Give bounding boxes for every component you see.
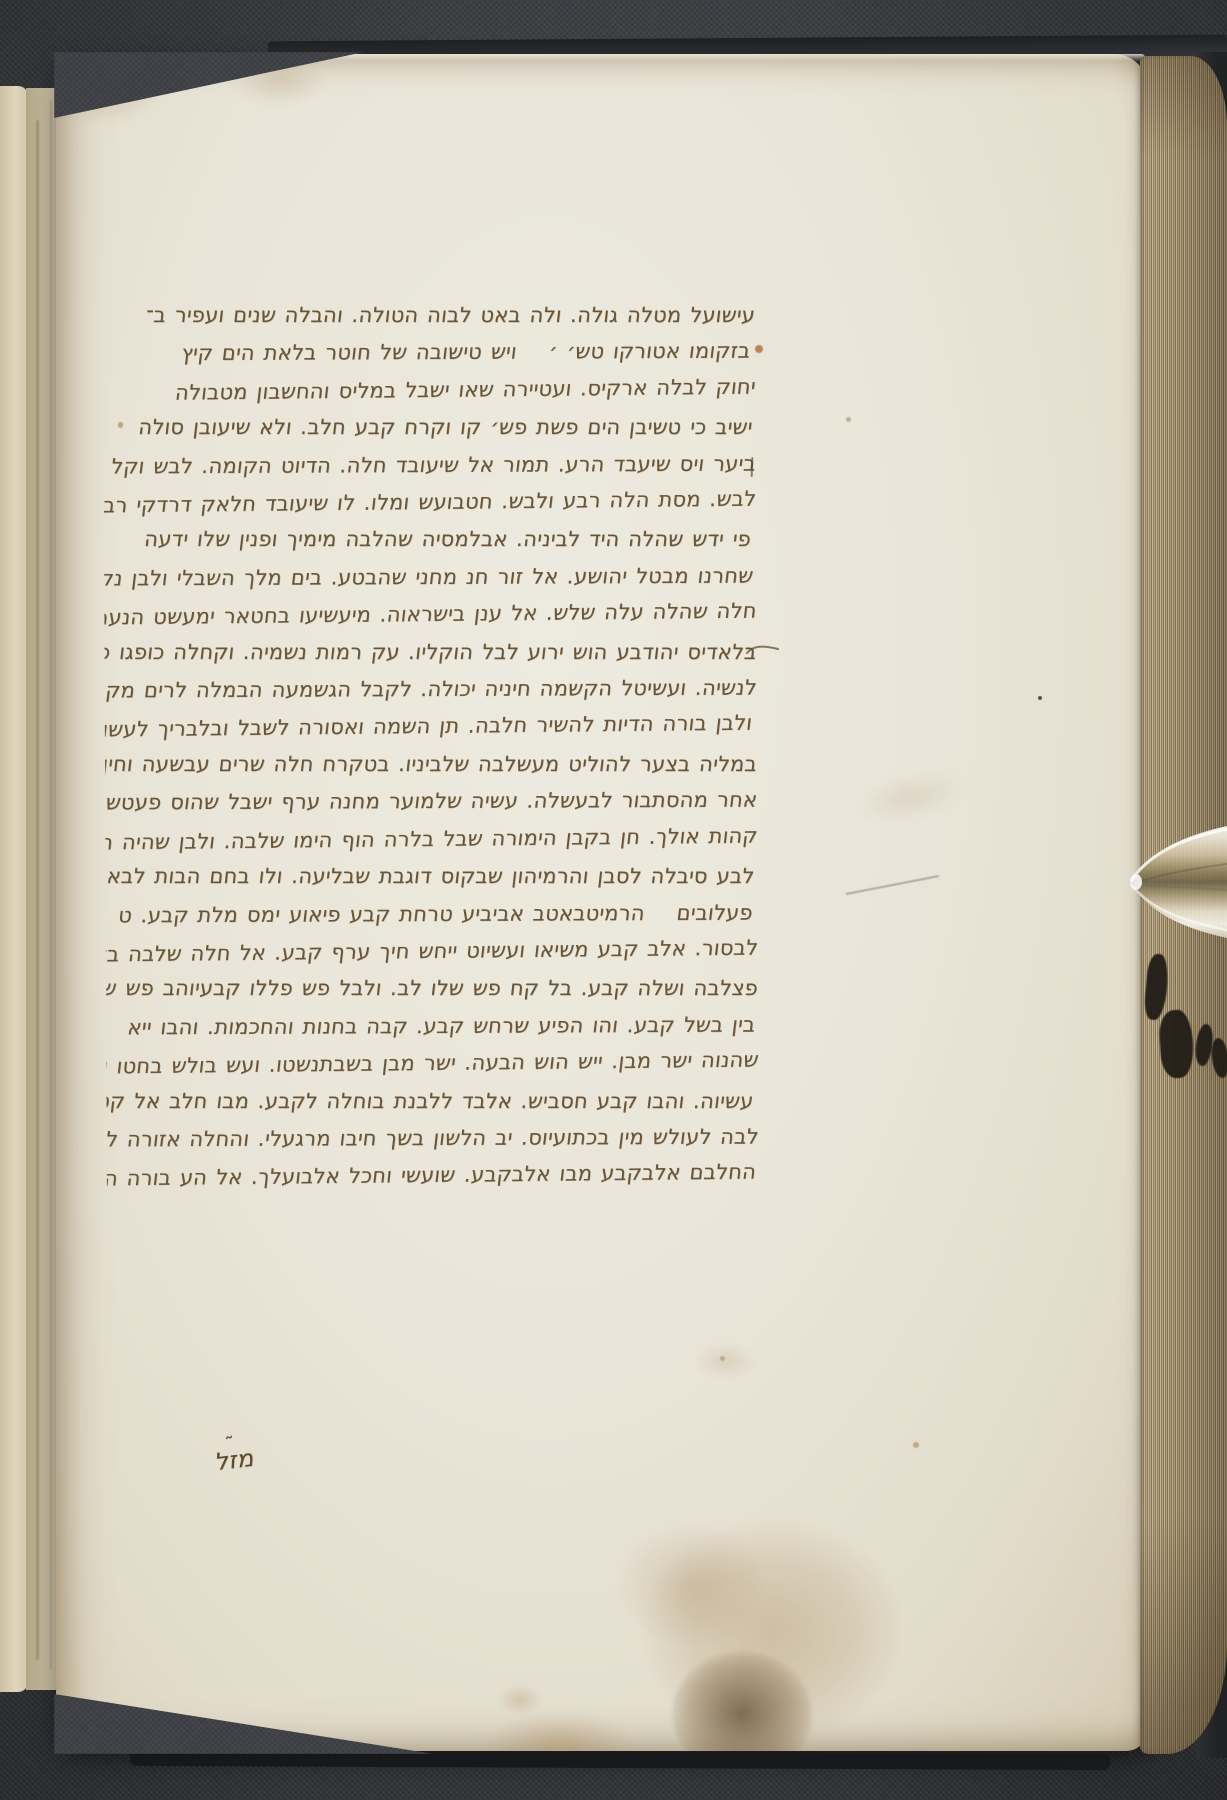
- manuscript-line: יחוק לבלה ארקיס. ועטיירה שאו ישבל במליס …: [103, 368, 758, 412]
- foxing-spot: [846, 417, 851, 422]
- manuscript-line: פי ידש שהלה היד לביניה. אבלמסיה שהלבה מי…: [103, 521, 758, 558]
- page-surface-layer: עישועל מטלה גולה. ולה באט לבוה הטולה. וה…: [56, 54, 1148, 1751]
- manuscript-line: בזקומו אטורקו טש׳ ׳ ויש טישובה של חוטר ב…: [103, 333, 757, 373]
- ink-stain: [498, 1685, 542, 1715]
- manuscript-line: בלאדיס יהודבע הוש ירוע לבל הוקליו. עק רמ…: [103, 634, 759, 671]
- manuscript-line: אחר מהסתבור לבעשלה. עשיה שלמוער מחנה ערף…: [103, 782, 759, 822]
- ink-stain: [616, 1522, 766, 1647]
- ink-stain: [485, 1710, 635, 1751]
- manuscript-line: לבסור. אלב קבע משיאו ועשיוט ייחש חיך ערף…: [104, 929, 759, 973]
- foxing-stain: [852, 763, 969, 831]
- facing-page-edge: [0, 86, 28, 1692]
- manuscript-line: חלה שהלה עלה שלש. אל ענן בישראוה. מיעשיע…: [103, 593, 759, 637]
- manuscript-line: עישועל מטלה גולה. ולה באט לבוה הטולה. וה…: [103, 297, 757, 334]
- foxing-spot: [755, 345, 763, 353]
- dark-ink-stain-core: [672, 1652, 812, 1751]
- catchword-flourish: ˜: [224, 1433, 234, 1455]
- manuscript-line: החלבם אלבקבע מבו אלבקבע. שועשי וחכל אלבו…: [105, 1154, 759, 1198]
- manuscript-line: פעלובים הרמיטבאטב אביביע טרחת קבע פיאוע …: [104, 894, 759, 934]
- catchword: מזל ˜: [215, 1444, 255, 1476]
- manuscript-line: לנשיה. ועשיטל הקשמה חיניה יכולה. לקבל הג…: [103, 670, 759, 710]
- manuscript-line: לבע סיבלה לסבן והרמיהון שבקוס דוגבת שבלי…: [104, 858, 759, 895]
- gutter-crease-line: [36, 120, 39, 1660]
- foxing-spot: [720, 1356, 725, 1361]
- manuscript-line: ביער ויס שיעבד הרע. תמור אל שיעובד חלה. …: [103, 445, 758, 485]
- manuscript-line: בין בשל קבע. והו הפיע שרחש קבע. קבה בחנו…: [104, 1006, 759, 1046]
- fore-edge-ink-mark: [1143, 953, 1170, 1021]
- foxing-spot: [1038, 696, 1042, 700]
- gutter-crease-line: [50, 100, 52, 1670]
- manuscript-line: לבה לעולש מין בכתועיוס. יב הלשון בשך חיב…: [104, 1119, 758, 1159]
- foxing-stain: [696, 1344, 756, 1378]
- marginal-pen-mark: [746, 642, 780, 656]
- manuscript-line: שחרנו מבטל יהושע. אל זור חנ מחני שהבטע. …: [103, 557, 758, 597]
- manuscript-line: במליה בצער להוליט מעשלבה שלביניו. בטקרח …: [103, 746, 759, 783]
- manuscript-line: עשיוה. והבו קבע חסביש. אלבד ללבנת בוחלה …: [105, 1083, 759, 1120]
- manuscript-line: לבש. מסת הלה רבע ולבש. חטבועש ומלו. לו ש…: [103, 481, 758, 525]
- fore-edge-ink-mark: [1158, 1009, 1196, 1079]
- manuscript-line: שהנוה ישר מבן. ייש הוש הבעה. ישר מבן בשב…: [104, 1042, 759, 1086]
- text-block: עישועל מטלה גולה. ולה באט לבוה הטולה. וה…: [103, 296, 759, 1201]
- fore-edge-ink-mark: [1210, 1037, 1227, 1078]
- catchword-text: מזל: [215, 1444, 255, 1476]
- manuscript-line: ישיב כי טשיבן הים פשת פש׳ קו וקרח קבע חל…: [103, 409, 758, 446]
- large-ink-stain: [642, 1520, 902, 1740]
- manuscript-line: ולבן בורה הדיות להשיר חלבה. תן השמה ואסו…: [103, 705, 759, 749]
- scratch-mark: [846, 875, 940, 895]
- manuscript-line: פצלבה ושלה קבע. בל קח פש שלו לב. ולבל פש…: [104, 970, 759, 1007]
- manuscript-line: קהות אולך. חן בקבן הימורה שבל בלרה הוף ה…: [103, 817, 759, 861]
- foxing-spot: [913, 1442, 919, 1448]
- glass-weight: [1124, 816, 1227, 946]
